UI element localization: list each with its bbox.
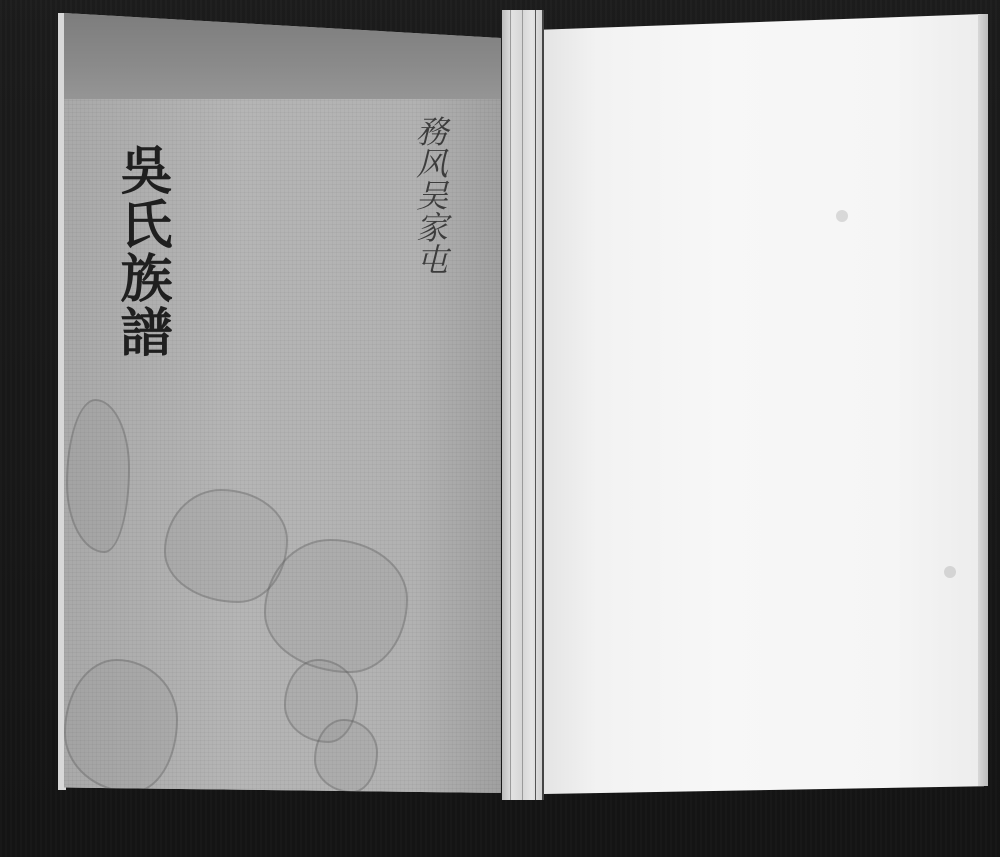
blank-right-page xyxy=(544,14,984,794)
page-line xyxy=(535,10,536,800)
water-stain xyxy=(264,539,408,673)
water-stain xyxy=(66,399,130,553)
page-spot xyxy=(944,566,956,578)
cover-title: 吳氏族譜 xyxy=(102,143,172,359)
water-stain xyxy=(64,659,178,793)
page-fore-edge xyxy=(978,14,988,786)
water-stain xyxy=(314,719,378,793)
page-line xyxy=(510,10,511,800)
book-spine-page-stack xyxy=(502,10,544,800)
page-spot xyxy=(836,210,848,222)
book-cover: 吳氏族譜 務风吴家屯 xyxy=(64,13,501,793)
page-line xyxy=(522,10,523,800)
handwritten-note: 務风吴家屯 xyxy=(410,115,450,275)
